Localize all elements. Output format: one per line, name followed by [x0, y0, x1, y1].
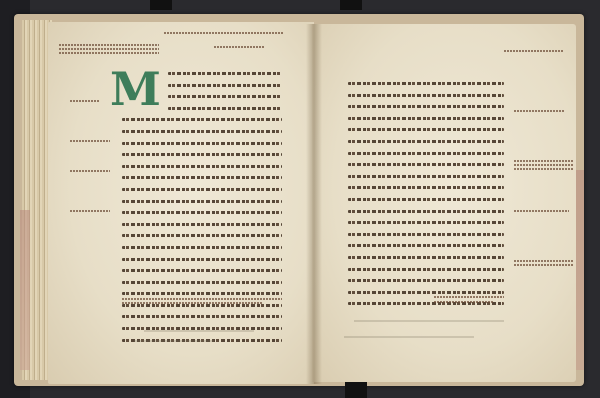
margin-gloss	[70, 210, 110, 212]
top-gloss	[59, 48, 159, 50]
margin-gloss	[514, 110, 564, 112]
margin-gloss	[514, 168, 574, 170]
margin-gloss	[514, 264, 574, 266]
bottom-gloss	[434, 296, 504, 298]
top-gloss	[164, 32, 284, 34]
margin-gloss	[70, 100, 100, 102]
top-gloss	[504, 50, 564, 52]
manuscript-book: M	[14, 10, 586, 388]
bottom-gloss	[434, 301, 494, 303]
margin-gloss	[514, 164, 574, 166]
top-gloss	[59, 52, 159, 54]
bottom-gloss	[122, 298, 282, 300]
margin-gloss	[70, 140, 110, 142]
faded-text	[354, 320, 504, 322]
margin-gloss	[70, 170, 110, 172]
strap	[150, 0, 172, 10]
strap	[340, 0, 362, 10]
left-main-text	[122, 72, 282, 350]
margin-gloss	[514, 210, 569, 212]
header-note	[214, 46, 264, 48]
faded-text	[134, 340, 214, 342]
bottom-gloss	[122, 302, 262, 304]
gutter	[306, 24, 322, 384]
red-page-edge	[20, 210, 30, 370]
margin-gloss	[514, 160, 574, 162]
strap	[345, 382, 367, 398]
faded-text	[144, 330, 254, 332]
faded-text	[344, 336, 474, 338]
top-gloss	[59, 44, 159, 46]
right-main-text	[348, 82, 504, 314]
margin-gloss	[514, 260, 574, 262]
